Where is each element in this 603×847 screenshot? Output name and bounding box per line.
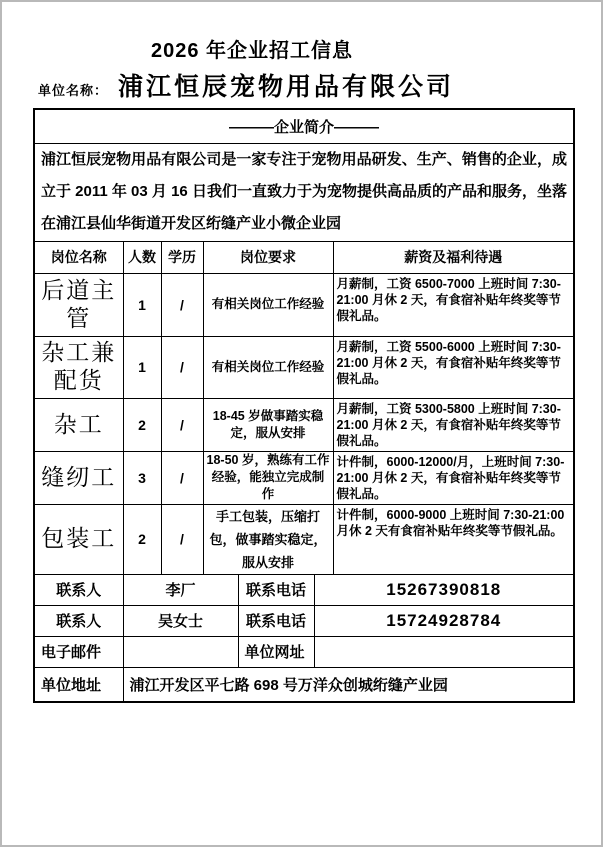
contact-label: 联系人 bbox=[34, 605, 123, 636]
job-education: / bbox=[161, 504, 203, 574]
table-row-job-baozhuanggong: 包装工 2 / 手工包装，压缩打包，做事踏实稳定，服从安排 计件制，6000-9… bbox=[34, 504, 574, 574]
header-count: 人数 bbox=[123, 241, 161, 273]
document-page: 2026 年企业招工信息 单位名称： 浦江恒辰宠物用品有限公司 ———企业简介—… bbox=[0, 0, 603, 847]
job-name: 后道主管 bbox=[34, 273, 123, 336]
job-education: / bbox=[161, 451, 203, 504]
table-header-row: 岗位名称 人数 学历 岗位要求 薪资及福利待遇 bbox=[34, 241, 574, 273]
table-row-job-zagong: 杂工 2 / 18-45 岁做事踏实稳定，服从安排 月薪制，工资 5300-58… bbox=[34, 398, 574, 451]
job-name: 杂工兼配货 bbox=[34, 336, 123, 398]
recruitment-table: ———企业简介——— 浦江恒辰宠物用品有限公司是一家专注于宠物用品研发、生产、销… bbox=[33, 108, 575, 703]
email-value bbox=[123, 636, 238, 667]
job-name: 缝纫工 bbox=[34, 451, 123, 504]
company-intro-text: 浦江恒辰宠物用品有限公司是一家专注于宠物用品研发、生产、销售的企业，成立于 20… bbox=[34, 143, 574, 241]
job-name: 包装工 bbox=[34, 504, 123, 574]
contact-phone-label: 联系电话 bbox=[238, 574, 314, 605]
email-label: 电子邮件 bbox=[34, 636, 123, 667]
company-intro-header-row: ———企业简介——— bbox=[34, 109, 574, 143]
job-salary: 月薪制，工资 6500-7000 上班时间 7:30-21:00 月休 2 天，… bbox=[333, 273, 574, 336]
company-intro-row: 浦江恒辰宠物用品有限公司是一家专注于宠物用品研发、生产、销售的企业，成立于 20… bbox=[34, 143, 574, 241]
job-count: 1 bbox=[123, 273, 161, 336]
company-name-label: 单位名称： bbox=[38, 80, 108, 99]
website-value bbox=[314, 636, 574, 667]
contact-row-1: 联系人 李厂 联系电话 15267390818 bbox=[34, 574, 574, 605]
website-label: 单位网址 bbox=[238, 636, 314, 667]
job-name: 杂工 bbox=[34, 398, 123, 451]
contact-row-2: 联系人 吴女士 联系电话 15724928784 bbox=[34, 605, 574, 636]
job-count: 2 bbox=[123, 398, 161, 451]
job-count: 3 bbox=[123, 451, 161, 504]
job-salary: 月薪制，工资 5500-6000 上班时间 7:30-21:00 月休 2 天，… bbox=[333, 336, 574, 398]
address-label: 单位地址 bbox=[34, 667, 123, 702]
job-requirement: 有相关岗位工作经验 bbox=[203, 273, 333, 336]
job-salary: 计件制，6000-12000/月，上班时间 7:30-21:00 月休 2 天，… bbox=[333, 451, 574, 504]
table-row-job-zagong-jian-peihuo: 杂工兼配货 1 / 有相关岗位工作经验 月薪制，工资 5500-6000 上班时… bbox=[34, 336, 574, 398]
job-education: / bbox=[161, 336, 203, 398]
job-requirement: 18-50 岁，熟练有工作经验，能独立完成制作 bbox=[203, 451, 333, 504]
address-row: 单位地址 浦江开发区平七路 698 号万洋众创城绗缝产业园 bbox=[34, 667, 574, 702]
page-title: 2026 年企业招工信息 bbox=[2, 34, 502, 63]
table-row-job-houdao-zhuguan: 后道主管 1 / 有相关岗位工作经验 月薪制，工资 6500-7000 上班时间… bbox=[34, 273, 574, 336]
contact-phone-number: 15267390818 bbox=[314, 574, 574, 605]
job-education: / bbox=[161, 398, 203, 451]
contact-phone-label: 联系电话 bbox=[238, 605, 314, 636]
job-count: 1 bbox=[123, 336, 161, 398]
header-education: 学历 bbox=[161, 241, 203, 273]
contact-label: 联系人 bbox=[34, 574, 123, 605]
company-name-value: 浦江恒辰宠物用品有限公司 bbox=[118, 67, 454, 103]
contact-phone-number: 15724928784 bbox=[314, 605, 574, 636]
header-requirement: 岗位要求 bbox=[203, 241, 333, 273]
contact-name: 李厂 bbox=[123, 574, 238, 605]
contact-name: 吴女士 bbox=[123, 605, 238, 636]
job-requirement: 18-45 岁做事踏实稳定，服从安排 bbox=[203, 398, 333, 451]
header-job-name: 岗位名称 bbox=[34, 241, 123, 273]
job-requirement: 有相关岗位工作经验 bbox=[203, 336, 333, 398]
company-intro-header: ———企业简介——— bbox=[34, 109, 574, 143]
company-name-line: 单位名称： 浦江恒辰宠物用品有限公司 bbox=[38, 67, 601, 103]
job-count: 2 bbox=[123, 504, 161, 574]
header-salary: 薪资及福利待遇 bbox=[333, 241, 574, 273]
job-education: / bbox=[161, 273, 203, 336]
job-requirement: 手工包装，压缩打包，做事踏实稳定，服从安排 bbox=[203, 504, 333, 574]
job-salary: 月薪制，工资 5300-5800 上班时间 7:30-21:00 月休 2 天，… bbox=[333, 398, 574, 451]
table-row-job-fengrengong: 缝纫工 3 / 18-50 岁，熟练有工作经验，能独立完成制作 计件制，6000… bbox=[34, 451, 574, 504]
email-website-row: 电子邮件 单位网址 bbox=[34, 636, 574, 667]
address-value: 浦江开发区平七路 698 号万洋众创城绗缝产业园 bbox=[123, 667, 574, 702]
job-salary: 计件制，6000-9000 上班时间 7:30-21:00 月休 2 天有食宿补… bbox=[333, 504, 574, 574]
